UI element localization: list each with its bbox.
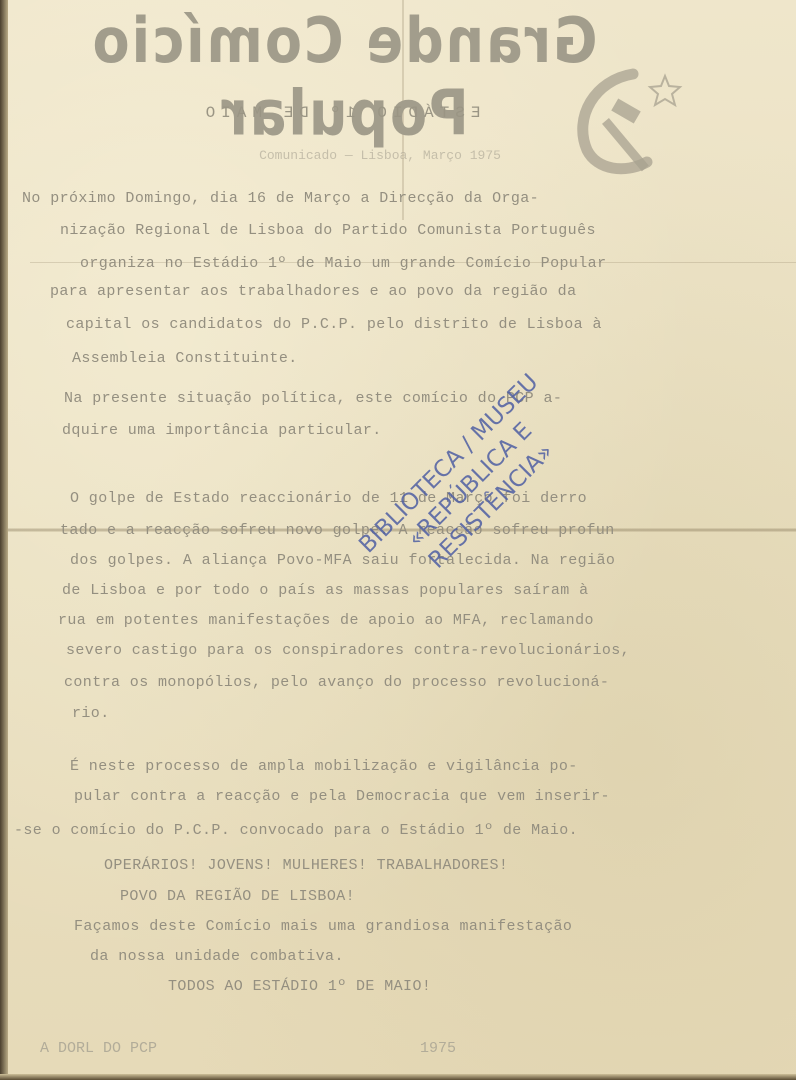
- body-line: É neste processo de ampla mobilização e …: [70, 758, 578, 775]
- body-line: -se o comício do P.C.P. convocado para o…: [14, 822, 578, 839]
- body-line: OPERÁRIOS! JOVENS! MULHERES! TRABALHADOR…: [104, 857, 508, 874]
- footer-signature: A DORL DO PCP: [40, 1040, 157, 1057]
- body-line: pular contra a reacção e pela Democracia…: [74, 788, 610, 805]
- footer-date: 1975: [420, 1040, 456, 1057]
- body-line: rua em potentes manifestações de apoio a…: [58, 612, 594, 629]
- body-line: TODOS AO ESTÁDIO 1º DE MAIO!: [168, 978, 431, 995]
- body-line: para apresentar aos trabalhadores e ao p…: [50, 283, 576, 300]
- body-line: rio.: [72, 705, 110, 722]
- dateline: Comunicado — Lisboa, Março 1975: [220, 148, 540, 163]
- document-subtitle: ESTÁDIO 1º DE MAIO: [170, 104, 510, 122]
- body-line: Façamos deste Comício mais uma grandiosa…: [74, 918, 572, 935]
- body-line: severo castigo para os conspiradores con…: [66, 642, 630, 659]
- page-edge-left: [0, 0, 8, 1080]
- body-line: da nossa unidade combativa.: [90, 948, 344, 965]
- body-line: tado e a reacção sofreu novo golpe. A re…: [60, 522, 615, 539]
- body-line: Assembleia Constituinte.: [72, 350, 298, 367]
- body-line: POVO DA REGIÃO DE LISBOA!: [120, 888, 355, 905]
- page-edge-bottom: [0, 1074, 796, 1080]
- body-line: No próximo Domingo, dia 16 de Março a Di…: [22, 190, 539, 207]
- hammer-and-sickle-icon: [555, 62, 695, 192]
- body-line: de Lisboa e por todo o país as massas po…: [62, 582, 588, 599]
- body-line: capital os candidatos do P.C.P. pelo dis…: [66, 316, 602, 333]
- body-line: dquire uma importância particular.: [62, 422, 382, 439]
- body-line: nização Regional de Lisboa do Partido Co…: [60, 222, 596, 239]
- body-line: organiza no Estádio 1º de Maio um grande…: [80, 255, 606, 272]
- body-line: contra os monopólios, pelo avanço do pro…: [64, 674, 609, 691]
